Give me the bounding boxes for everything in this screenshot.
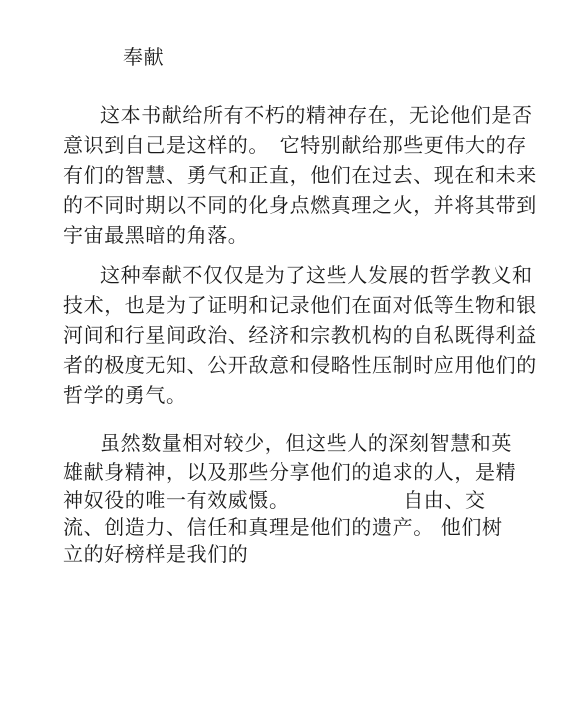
paragraph-line: 这种奉献不仅仅是为了这些人发展的哲学教义和 <box>100 262 533 288</box>
paragraph-line: 虽然数量相对较少，但这些人的深刻智慧和英 <box>100 430 512 456</box>
paragraph-line: 流、创造力、信任和真理是他们的遗产。 他们树 <box>63 514 503 540</box>
paragraph-line: 宇宙最黑暗的角落。 <box>63 222 248 248</box>
paragraph-line: 技术，也是为了证明和记录他们在面对低等生物和银 <box>63 292 537 318</box>
paragraph-line: 河间和行星间政治、经济和宗教机构的自私既得利益 <box>63 322 537 348</box>
paragraph-line: 哲学的勇气。 <box>63 382 187 408</box>
paragraph-line: 意识到自己是这样的。 它特别献给那些更伟大的存 <box>63 132 527 158</box>
paragraph-line: 有们的智慧、勇气和正直，他们在过去、现在和未来 <box>63 162 537 188</box>
paragraph-line: 的不同时期以不同的化身点燃真理之火，并将其带到 <box>63 192 537 218</box>
paragraph-line: 神奴役的唯一有效威慑。 自由、交 <box>63 487 486 513</box>
paragraph-line: 者的极度无知、公开敌意和侵略性压制时应用他们的 <box>63 352 537 378</box>
document-title: 奉献 <box>123 44 164 70</box>
paragraph-line: 这本书献给所有不朽的精神存在，无论他们是否 <box>100 102 533 128</box>
paragraph-line: 立的好榜样是我们的 <box>63 541 248 567</box>
paragraph-line: 雄献身精神，以及那些分享他们的追求的人，是精 <box>63 459 516 485</box>
